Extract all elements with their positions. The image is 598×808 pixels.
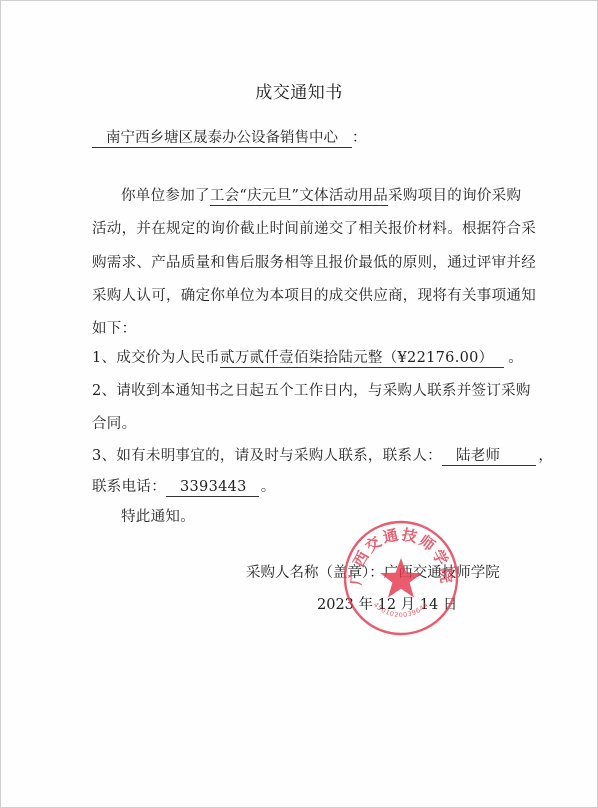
deal-amount: 贰万贰仟壹佰柒拾陆元整（¥22176.00）: [220, 350, 504, 368]
item-1-label: 1、成交价为人民币: [92, 350, 220, 366]
item-2-line-1: 2、请收到本通知书之日起五个工作日内，与采购人联系并签订采购: [92, 379, 531, 400]
phone-label: 联系电话：: [92, 479, 166, 495]
contact-person: 陆老师: [442, 448, 536, 466]
document-title: 成交通知书: [1, 78, 597, 103]
document-page: 成交通知书 南宁西乡塘区晟泰办公设备销售中心： 你单位参加了工会“庆元旦”文体活…: [0, 0, 598, 808]
recipient-line: 南宁西乡塘区晟泰办公设备销售中心：: [92, 126, 367, 147]
contact-phone: 3393443: [166, 479, 259, 497]
paragraph-line-2: 活动，并在规定的询价截止时间前递交了相关报价材料。根据符合采: [92, 217, 536, 238]
item-2-line-2: 合同。: [92, 412, 136, 433]
closing-text: 特此通知。: [121, 505, 195, 526]
item-3-comma: ，: [536, 448, 553, 464]
item-1-end: 。: [504, 350, 523, 366]
stamp-code-text: 4501020039644: [372, 601, 430, 619]
paragraph-line-3: 购需求、产品质量和售后服务相等且报价最低的原则，通过评审并经: [92, 251, 536, 272]
recipient-name: 南宁西乡塘区晟泰办公设备销售中心: [92, 130, 352, 148]
phone-end: 。: [259, 479, 276, 495]
paragraph-text: 你单位参加了: [121, 188, 210, 204]
official-stamp-icon: 广西交通技师学院 4501020039644: [341, 518, 461, 638]
item-3-line-2: 联系电话：3393443。: [92, 475, 276, 496]
paragraph-line-1: 你单位参加了工会“庆元旦”文体活动用品采购项目的询价采购: [121, 184, 521, 205]
paragraph-line-5: 如下：: [92, 317, 136, 338]
item-3-line-1: 3、如有未明事宜的，请及时与采购人联系，联系人：陆老师，: [92, 444, 553, 465]
item-3-label: 3、如有未明事宜的，请及时与采购人联系，联系人：: [92, 448, 442, 464]
project-name: 工会“庆元旦”文体活动用品: [210, 188, 388, 206]
svg-text:4501020039644: 4501020039644: [372, 601, 430, 619]
paragraph-line-4: 采购人认可，确定你单位为本项目的成交供应商，现将有关事项通知: [92, 284, 536, 305]
item-1: 1、成交价为人民币贰万贰仟壹佰柒拾陆元整（¥22176.00）。: [92, 346, 523, 367]
recipient-suffix: ：: [352, 130, 367, 146]
paragraph-text: 采购项目的询价采购: [388, 188, 521, 204]
